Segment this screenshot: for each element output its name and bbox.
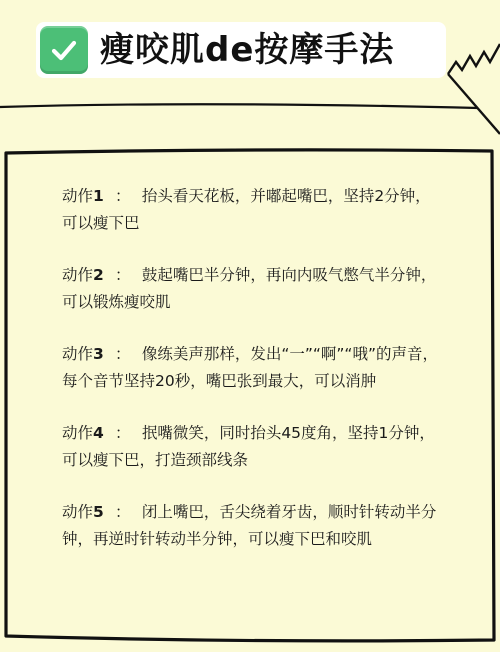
page-title: 瘦咬肌de按摩手法 <box>100 29 394 71</box>
step-label: 动作1 <box>62 187 104 205</box>
step-item-5: 动作5：闭上嘴巴，舌尖绕着牙齿，顺时针转动半分钟，再逆时针转动半分钟，可以瘦下巴… <box>62 499 442 552</box>
step-item-3: 动作3：像练美声那样，发出“一”“啊”“哦”的声音，每个音节坚持20秒，嘴巴张到… <box>62 341 442 394</box>
step-separator: ： <box>104 499 142 526</box>
step-separator: ： <box>104 341 142 368</box>
step-item-2: 动作2：鼓起嘴巴半分钟，再向内吸气憋气半分钟，可以锻炼瘦咬肌 <box>62 262 442 315</box>
check-mark-icon <box>40 26 88 74</box>
step-item-4: 动作4：抿嘴微笑，同时抬头45度角，坚持1分钟，可以瘦下巴，打造颈部线条 <box>62 420 442 473</box>
step-label: 动作5 <box>62 503 104 521</box>
burst-shape-icon <box>448 46 500 130</box>
steps-list: 动作1：抬头看天花板，并嘟起嘴巴，坚持2分钟，可以瘦下巴 动作2：鼓起嘴巴半分钟… <box>62 183 442 578</box>
divider-line <box>0 104 478 108</box>
step-separator: ： <box>104 183 142 210</box>
step-separator: ： <box>104 420 142 447</box>
step-label: 动作2 <box>62 266 104 284</box>
step-item-1: 动作1：抬头看天花板，并嘟起嘴巴，坚持2分钟，可以瘦下巴 <box>62 183 442 236</box>
step-label: 动作3 <box>62 345 104 363</box>
step-label: 动作4 <box>62 424 104 442</box>
title-banner: 瘦咬肌de按摩手法 <box>36 22 446 78</box>
step-separator: ： <box>104 262 142 289</box>
